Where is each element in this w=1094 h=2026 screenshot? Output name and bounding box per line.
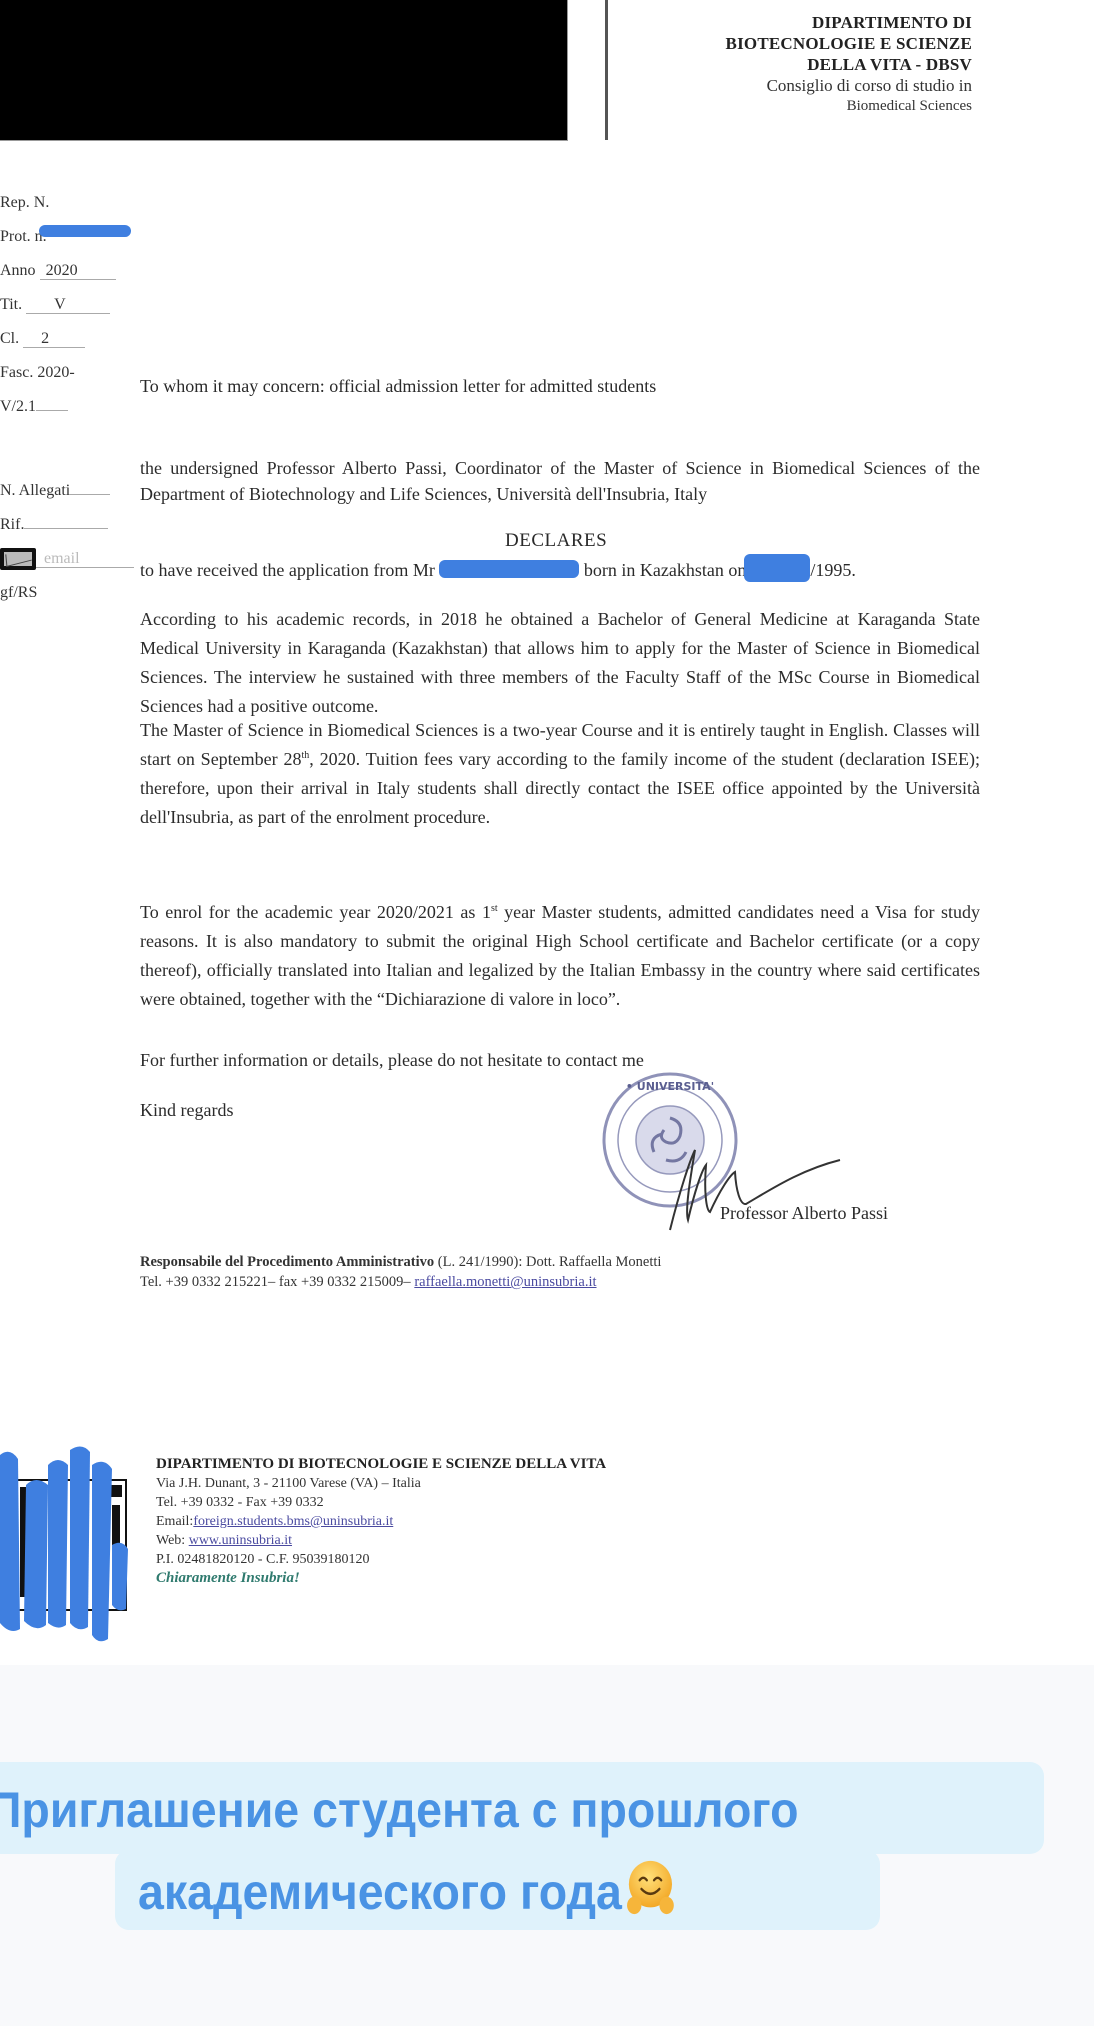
envelope-icon xyxy=(0,548,36,570)
council-line-2: Biomedical Sciences xyxy=(726,96,972,117)
riferimento: Rif. xyxy=(0,508,134,542)
redacted-name xyxy=(439,560,579,578)
footer-web-link[interactable]: www.uninsubria.it xyxy=(189,1533,292,1548)
redacted-prot xyxy=(39,225,131,237)
header-divider xyxy=(605,0,608,140)
declares-heading: DECLARES xyxy=(505,530,607,552)
email-row: email xyxy=(0,542,134,576)
footer-address: Via J.H. Dunant, 3 - 21100 Varese (VA) –… xyxy=(156,1474,606,1493)
initials: gf/RS xyxy=(0,576,134,610)
paragraph-academic-records: According to his academic records, in 20… xyxy=(140,605,980,721)
dept-line-1: DIPARTIMENTO DI xyxy=(726,12,972,33)
signer-name: Professor Alberto Passi xyxy=(720,1203,888,1224)
footer-email: Email:foreign.students.bms@uninsubria.it xyxy=(156,1512,606,1531)
further-info: For further information or details, plea… xyxy=(140,1050,644,1071)
closing: Kind regards xyxy=(140,1100,233,1121)
redacted-logo-block xyxy=(0,0,568,141)
footer-tel: Tel. +39 0332 - Fax +39 0332 xyxy=(156,1493,606,1512)
allegati: N. Allegati xyxy=(0,474,134,508)
titolo: Tit. V xyxy=(0,288,134,322)
prot-number: Prot. n. xyxy=(0,220,134,254)
footer-web: Web: www.uninsubria.it xyxy=(156,1531,606,1550)
redacted-qr-code xyxy=(0,1425,140,1655)
responsible-officer: Responsabile del Procedimento Amministra… xyxy=(140,1252,661,1292)
paragraph-course-info: The Master of Science in Biomedical Scie… xyxy=(140,716,980,832)
classe: Cl. 2 xyxy=(0,322,134,356)
department-footer: DIPARTIMENTO DI BIOTECNOLOGIE E SCIENZE … xyxy=(156,1455,606,1588)
fascicolo-2: V/2.1 xyxy=(0,390,134,424)
intro-paragraph: the undersigned Professor Alberto Passi,… xyxy=(140,455,980,507)
caption-line-1: Приглашение студента с прошлого xyxy=(0,1768,799,1852)
svg-text:• UNIVERSITA': • UNIVERSITA' xyxy=(626,1080,714,1093)
dept-line-3: DELLA VITA - DBSV xyxy=(726,54,972,75)
responsible-email-link[interactable]: raffaella.monetti@uninsubria.it xyxy=(414,1274,596,1290)
fascicolo-1: Fasc. 2020- xyxy=(0,356,134,390)
dept-line-2: BIOTECNOLOGIE E SCIENZE xyxy=(726,33,972,54)
rep-number: Rep. N. xyxy=(0,186,134,220)
department-header: DIPARTIMENTO DI BIOTECNOLOGIE E SCIENZE … xyxy=(726,12,972,117)
footer-tax-ids: P.I. 02481820120 - C.F. 95039180120 xyxy=(156,1550,606,1569)
redacted-birthdate xyxy=(744,554,810,582)
protocol-metadata: Rep. N. Prot. n. Anno 2020 Tit. V Cl. 2 … xyxy=(0,186,134,610)
paragraph-enrolment: To enrol for the academic year 2020/2021… xyxy=(140,898,980,1014)
hugging-face-emoji-icon xyxy=(624,1859,678,1917)
letter-subject: To whom it may concern: official admissi… xyxy=(140,376,656,397)
council-line-1: Consiglio di corso di studio in xyxy=(726,75,972,96)
anno: Anno 2020 xyxy=(0,254,134,288)
application-statement: to have received the application from Mr… xyxy=(140,554,856,582)
footer-dept: DIPARTIMENTO DI BIOTECNOLOGIE E SCIENZE … xyxy=(156,1455,606,1474)
caption-line-2: академического года xyxy=(138,1850,678,1934)
footer-email-link[interactable]: foreign.students.bms@uninsubria.it xyxy=(193,1514,393,1529)
footer-motto: Chiaramente Insubria! xyxy=(156,1569,606,1588)
